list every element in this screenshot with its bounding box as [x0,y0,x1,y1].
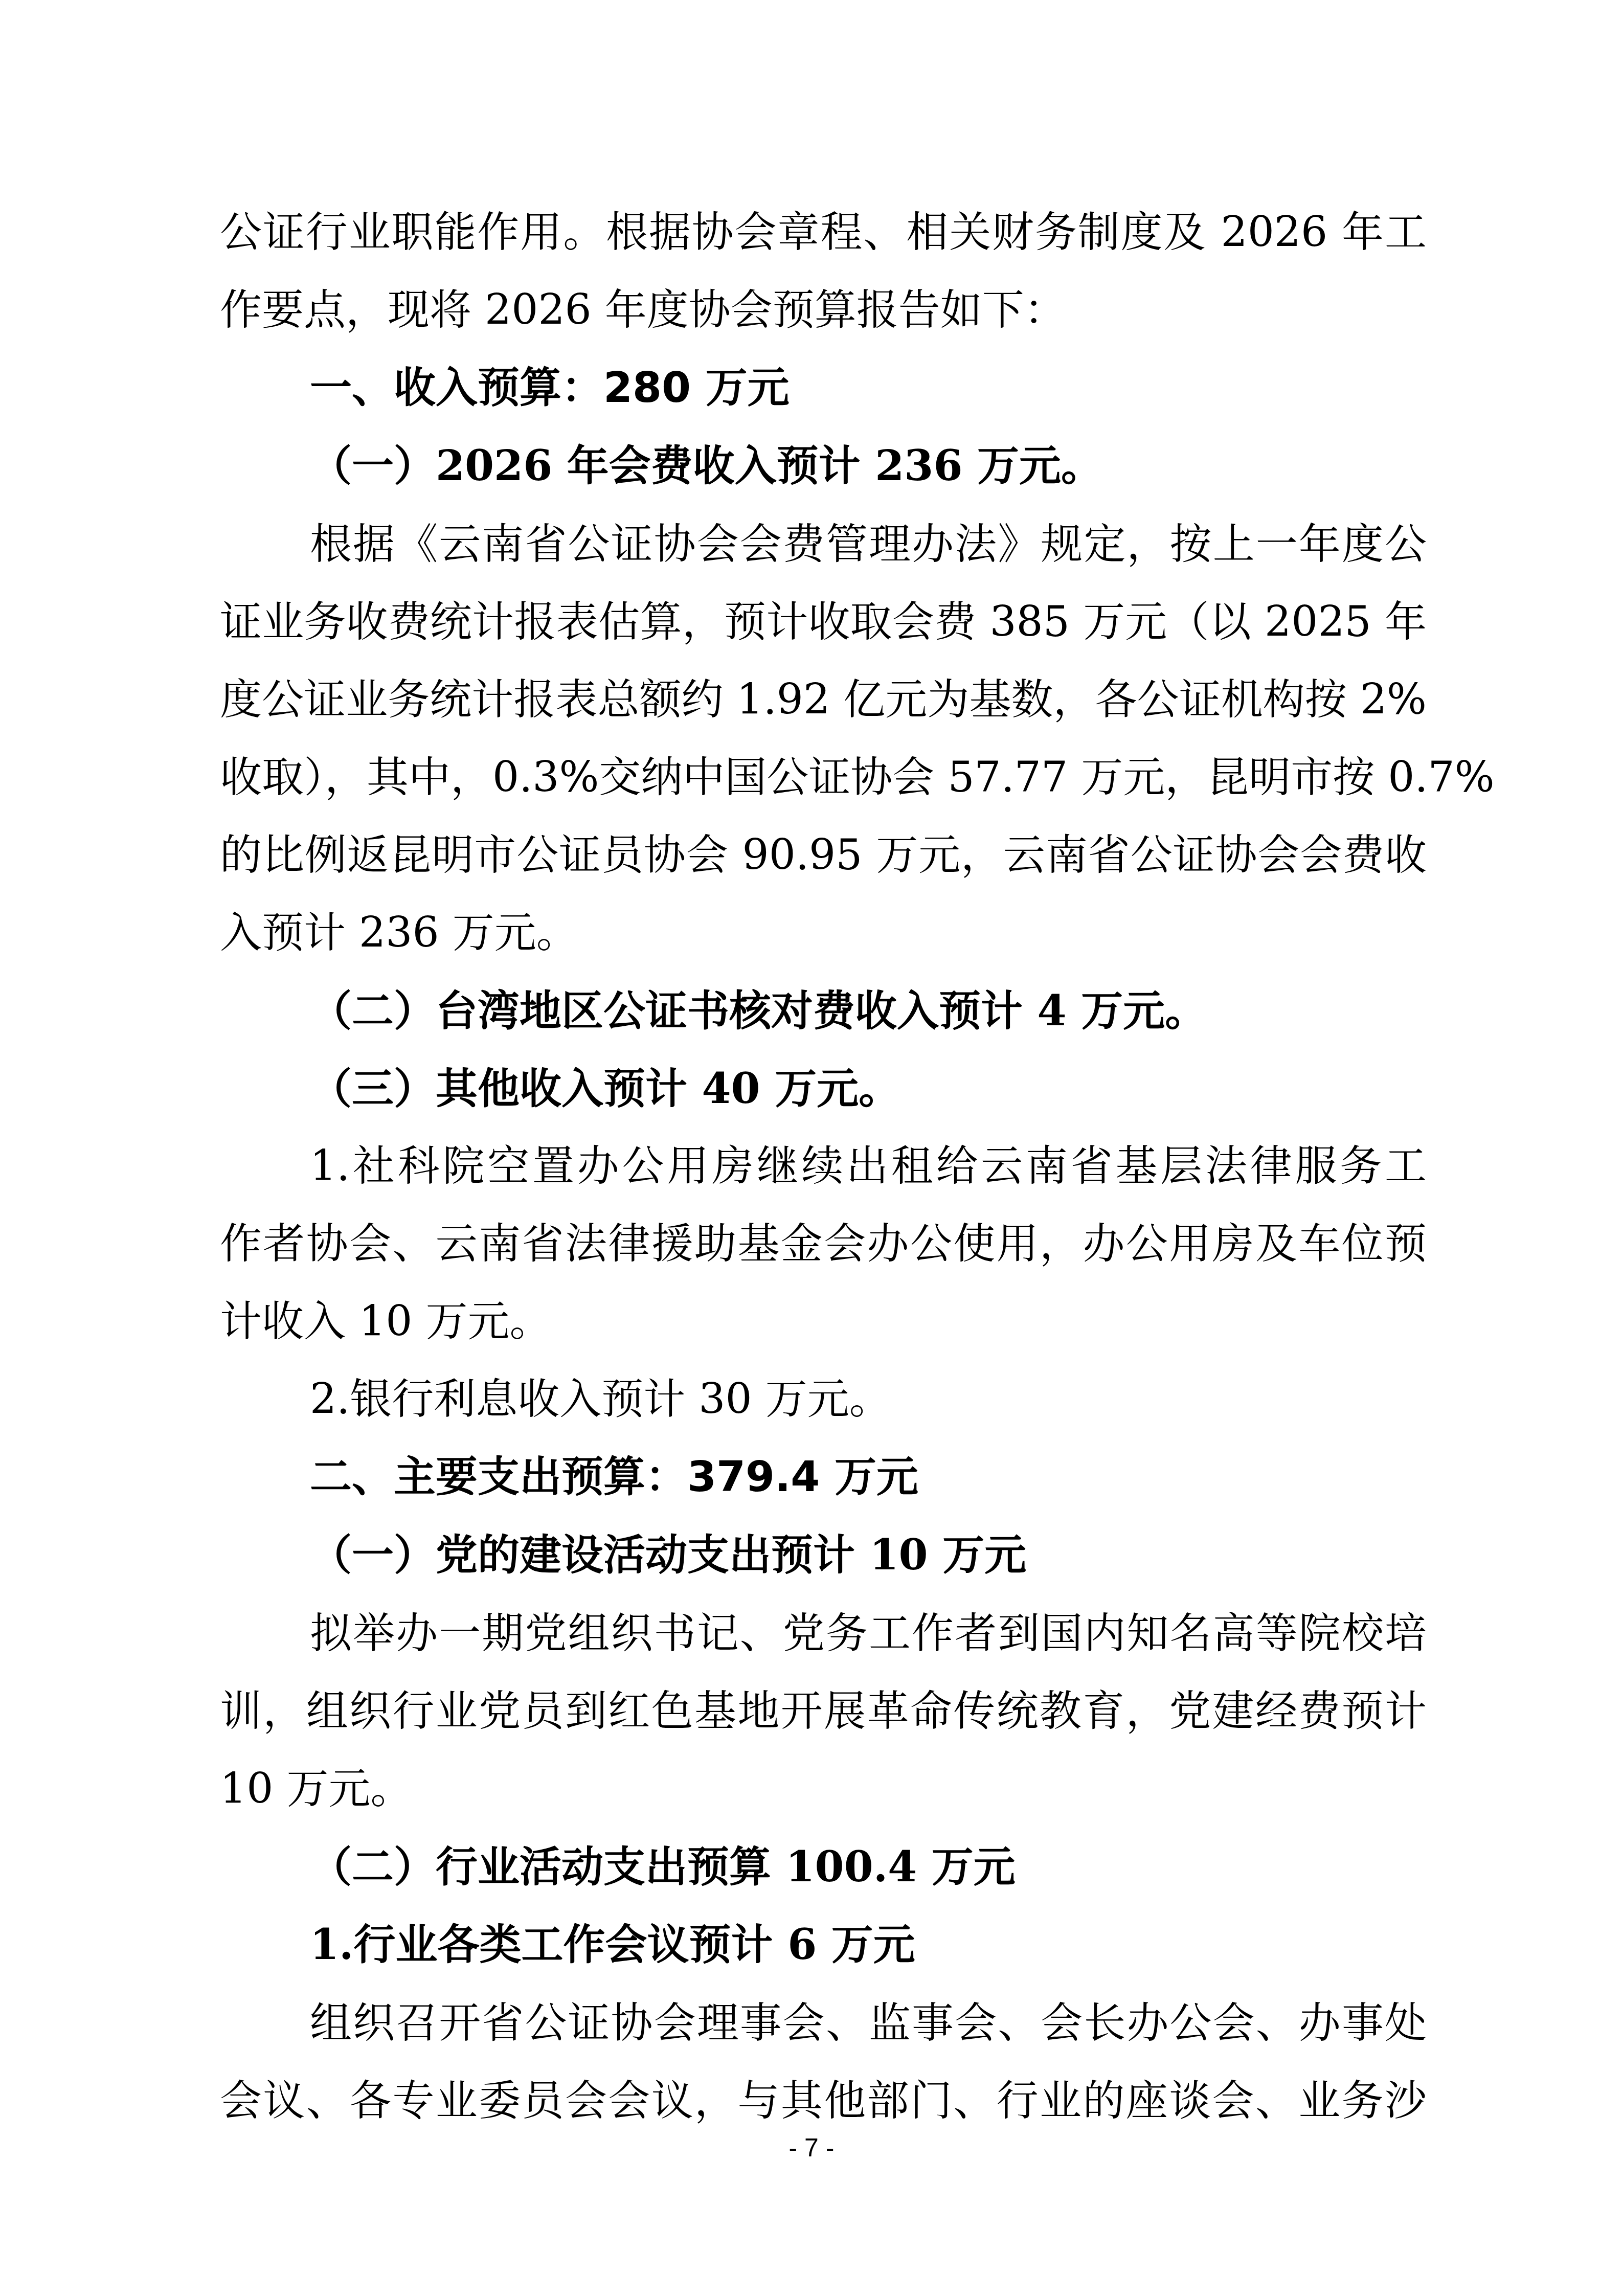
subheading-other-income: （三）其他收入预计 40 万元。 [310,1061,900,1117]
body-line: 收取），其中，0.3%交纳中国公证协会 57.77 万元，昆明市按 0.7% [220,750,1427,806]
body-line: 度公证业务统计报表总额约 1.92 亿元为基数，各公证机构按 2% [220,672,1427,728]
section-heading-income: 一、收入预算：280 万元 [310,360,790,416]
body-line: 作者协会、云南省法律援助基金会办公使用，办公用房及车位预 [220,1216,1427,1272]
subheading-work-meetings: 1.行业各类工作会议预计 6 万元 [310,1917,915,1973]
subheading-industry-activities: （二）行业活动支出预算 100.4 万元 [310,1839,1016,1895]
body-line: 1.社科院空置办公用房继续出租给云南省基层法律服务工 [310,1138,1427,1195]
body-line: 作要点，现将 2026 年度协会预算报告如下： [220,282,1427,339]
subheading-taiwan-fee: （二）台湾地区公证书核对费收入预计 4 万元。 [310,983,1207,1039]
body-line: 证业务收费统计报表估算，预计收取会费 385 万元（以 2025 年 [220,594,1427,650]
body-line: 组织召开省公证协会理事会、监事会、会长办公会、办事处 [310,1995,1427,2052]
body-line: 计收入 10 万元。 [220,1294,1427,1350]
body-line: 10 万元。 [220,1761,1427,1817]
body-line: 2.银行利息收入预计 30 万元。 [310,1371,1427,1428]
body-line: 根据《云南省公证协会会费管理办法》规定，按上一年度公 [310,516,1427,573]
body-line: 的比例返昆明市公证员协会 90.95 万元，云南省公证协会会费收 [220,827,1427,884]
body-line: 入预计 236 万元。 [220,905,1427,961]
body-line: 训，组织行业党员到红色基地开展革命传统教育，党建经费预计 [220,1683,1427,1740]
body-line: 拟举办一期党组织书记、党务工作者到国内知名高等院校培 [310,1606,1427,1662]
body-line: 会议、各专业委员会会议，与其他部门、行业的座谈会、业务沙 [220,2073,1427,2129]
document-page: 公证行业职能作用。根据协会章程、相关财务制度及 2026 年工 作要点，现将 2… [0,0,1623,2296]
section-heading-expenditure: 二、主要支出预算：379.4 万元 [310,1449,918,1505]
subheading-party-building: （一）党的建设活动支出预计 10 万元 [310,1527,1026,1583]
subheading-membership-fee: （一）2026 年会费收入预计 236 万元。 [310,438,1103,494]
body-line: 公证行业职能作用。根据协会章程、相关财务制度及 2026 年工 [220,205,1427,261]
page-number: - 7 - [0,2127,1623,2168]
